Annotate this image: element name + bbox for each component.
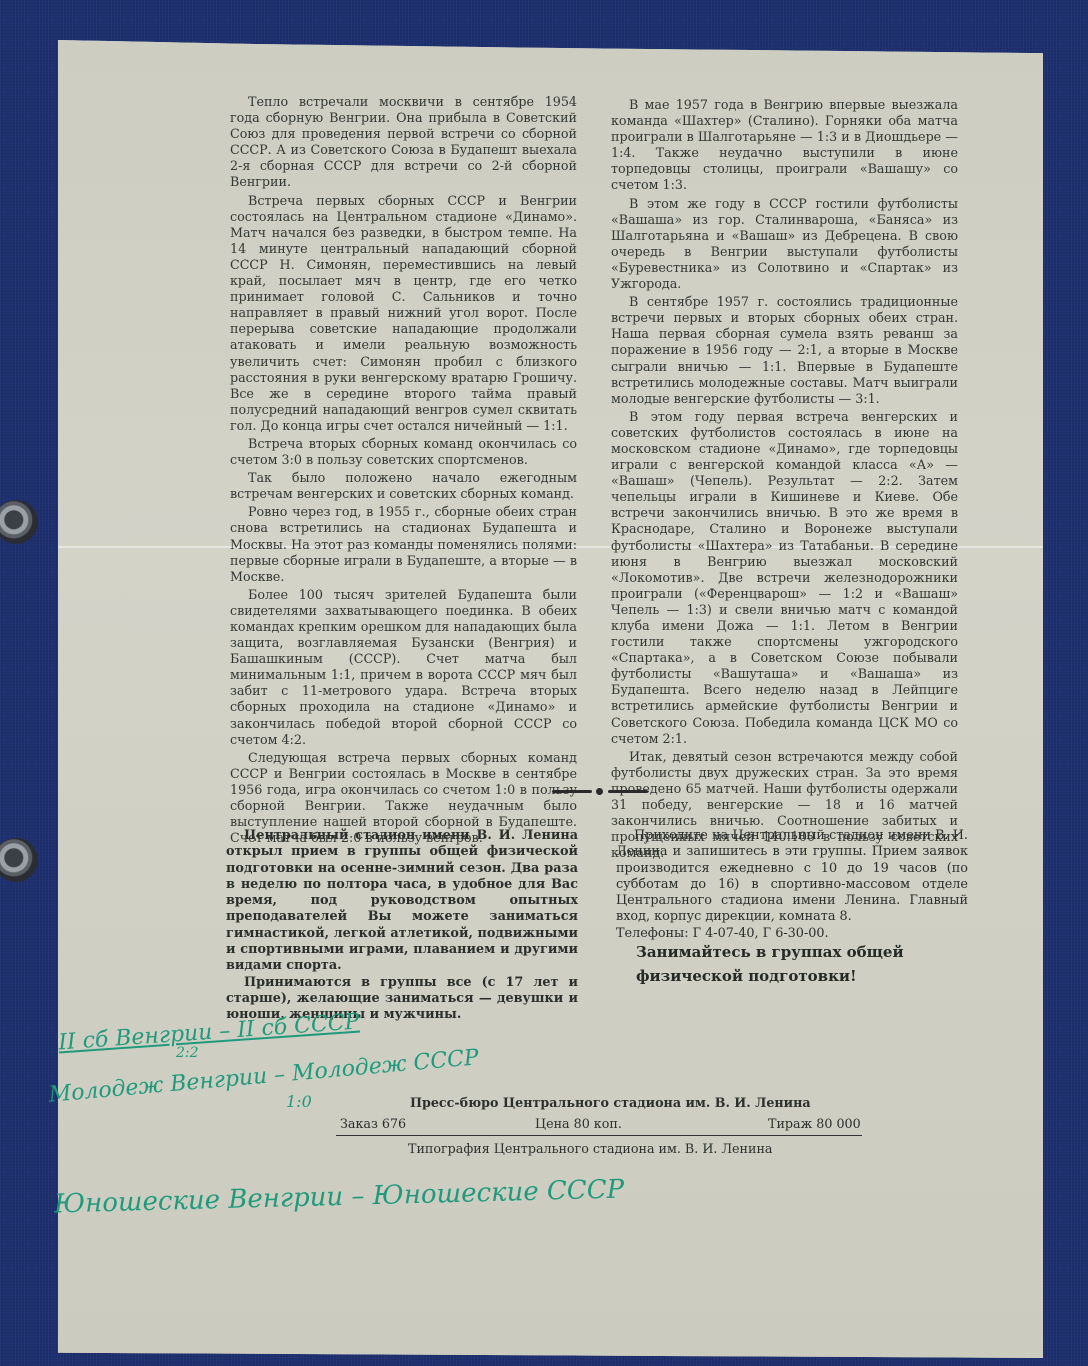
paragraph: Встреча первых сборных СССР и Венгрии со… [230,193,577,434]
paragraph: В этом же году в СССР гостили футболисты… [611,196,958,293]
imprint-divider [336,1135,862,1136]
ornament-divider-icon [552,786,648,796]
paragraph: Тепло встречали москвичи в сентябре 1954… [230,94,577,191]
printing-house-line: Типография Центрального стадиона им. В. … [408,1141,772,1156]
paragraph: Центральный стадион имени В. И. Ленина о… [226,828,578,975]
slogan: Занимайтесь в группах общей физической п… [636,940,976,988]
registration-notice: Приходите на Центральный стадион имени В… [616,828,968,942]
paragraph: В сентябре 1957 г. состоялись традиционн… [611,294,958,407]
paragraph: В мае 1957 года в Венгрию впервые выезжа… [611,97,958,194]
paragraph: Так было положено начало ежегодным встре… [230,470,577,502]
paragraph: Ровно через год, в 1955 г., сборные обеи… [230,504,577,584]
print-run: Тираж 80 000 [768,1116,861,1131]
handwritten-score: 1:0 [286,1092,312,1111]
handwritten-score: 2:2 [176,1045,199,1061]
paragraph: Более 100 тысяч зрителей Будапешта были … [230,587,577,748]
binder-grommet-top [0,500,38,544]
price: Цена 80 коп. [535,1116,622,1131]
order-number: Заказ 676 [340,1116,406,1131]
fitness-groups-notice: Центральный стадион имени В. И. Ленина о… [226,828,578,1024]
press-bureau-line: Пресс-бюро Центрального стадиона им. В. … [410,1095,811,1110]
article-left-column: Тепло встречали москвичи в сентябре 1954… [230,94,577,846]
binder-grommet-bottom [0,838,38,882]
paragraph: Встреча вторых сборных команд окончилась… [230,436,577,468]
paragraph: В этом году первая встреча венгерских и … [611,409,958,747]
paragraph: Приходите на Центральный стадион имени В… [616,828,968,926]
article-right-column: В мае 1957 года в Венгрию впервые выезжа… [611,97,958,861]
